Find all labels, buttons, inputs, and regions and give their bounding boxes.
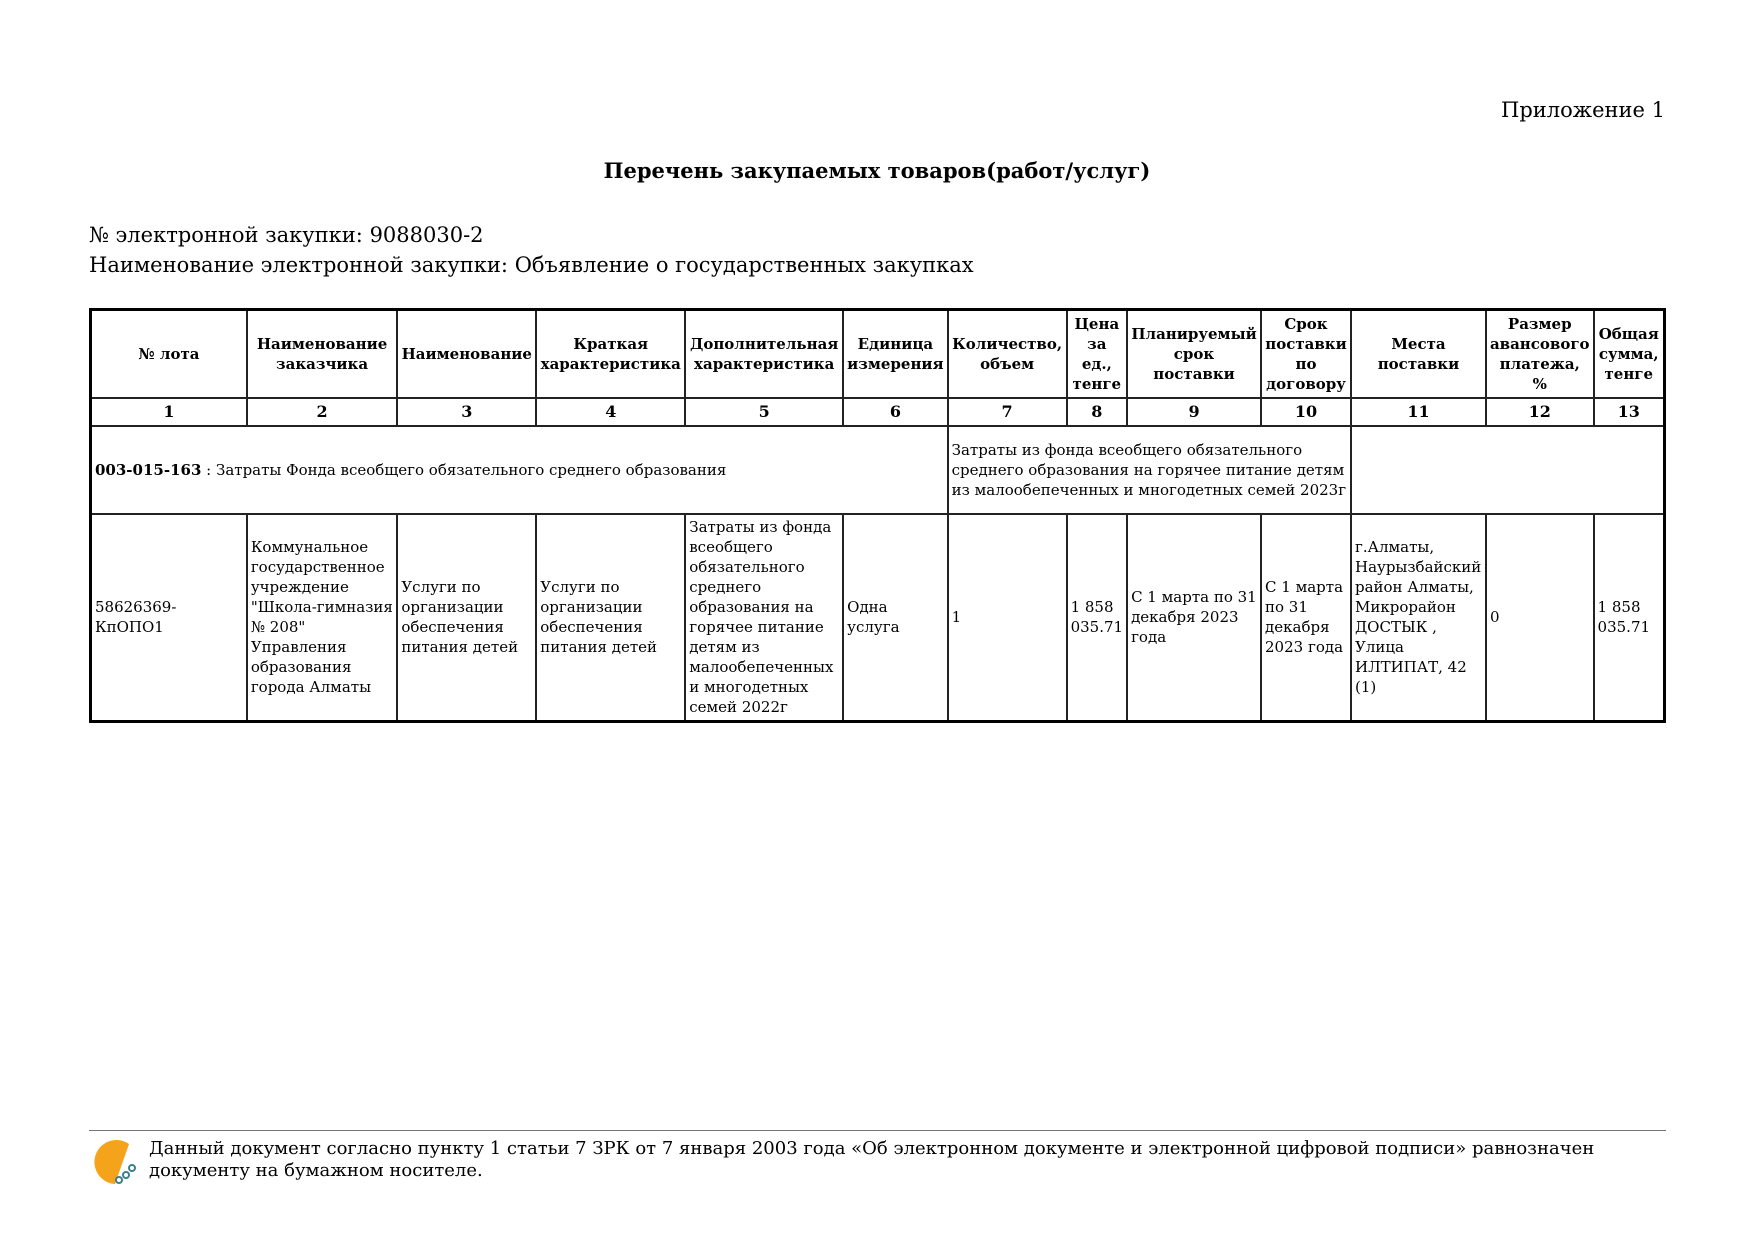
column-header: Количество, объем bbox=[948, 310, 1067, 398]
column-number: 6 bbox=[843, 398, 948, 426]
footer-divider bbox=[89, 1130, 1666, 1131]
unit-price-cell: 1 858 035.71 bbox=[1067, 514, 1127, 722]
quantity-cell: 1 bbox=[948, 514, 1067, 722]
column-number: 11 bbox=[1351, 398, 1486, 426]
legal-notice: Данный документ согласно пункту 1 статьи… bbox=[149, 1136, 1666, 1182]
contract-delivery-cell: С 1 марта по 31 декабря 2023 года bbox=[1261, 514, 1351, 722]
procurement-number-label: № электронной закупки: bbox=[89, 223, 363, 247]
column-number: 12 bbox=[1486, 398, 1594, 426]
section-name: Затраты Фонда всеобщего обязательного ср… bbox=[216, 461, 726, 479]
column-header: Срок поставки по договору bbox=[1261, 310, 1351, 398]
lot-number-cell: 58626369-КпОПО1 bbox=[91, 514, 247, 722]
section-separator: : bbox=[201, 461, 216, 479]
column-number-row: 1 2 3 4 5 6 7 8 9 10 11 12 13 bbox=[91, 398, 1665, 426]
advance-payment-cell: 0 bbox=[1486, 514, 1594, 722]
column-number: 13 bbox=[1594, 398, 1665, 426]
column-number: 8 bbox=[1067, 398, 1127, 426]
egov-sun-logo-icon bbox=[89, 1136, 141, 1188]
column-header: Размер авансового платежа, % bbox=[1486, 310, 1594, 398]
procurement-name-label: Наименование электронной закупки: bbox=[89, 253, 508, 277]
unit-cell: Одна услуга bbox=[843, 514, 948, 722]
column-header: Краткая характеристика bbox=[536, 310, 685, 398]
column-header: Наименование заказчика bbox=[247, 310, 398, 398]
page-title: Перечень закупаемых товаров(работ/услуг) bbox=[0, 158, 1754, 183]
column-header: Дополнительная характеристика bbox=[685, 310, 843, 398]
customer-cell: Коммунальное государственное учреждение … bbox=[247, 514, 398, 722]
name-cell: Услуги по организации обеспечения питани… bbox=[397, 514, 536, 722]
column-header: Общая сумма, тенге bbox=[1594, 310, 1665, 398]
additional-spec-cell: Затраты из фонда всеобщего обязательного… bbox=[685, 514, 843, 722]
column-header: Цена за ед., тенге bbox=[1067, 310, 1127, 398]
column-number: 4 bbox=[536, 398, 685, 426]
section-title: 003-015-163 : Затраты Фонда всеобщего об… bbox=[91, 426, 948, 514]
column-header: Наименование bbox=[397, 310, 536, 398]
section-code: 003-015-163 bbox=[95, 461, 201, 479]
column-number: 1 bbox=[91, 398, 247, 426]
column-header: Места поставки bbox=[1351, 310, 1486, 398]
column-number: 2 bbox=[247, 398, 398, 426]
appendix-label: Приложение 1 bbox=[1501, 98, 1665, 122]
column-header: Единица измерения bbox=[843, 310, 948, 398]
procurement-number-line: № электронной закупки: 9088030-2 bbox=[89, 220, 974, 250]
short-spec-cell: Услуги по организации обеспечения питани… bbox=[536, 514, 685, 722]
section-description: Затраты из фонда всеобщего обязательного… bbox=[948, 426, 1351, 514]
table-row: 58626369-КпОПО1 Коммунальное государстве… bbox=[91, 514, 1665, 722]
section-row: 003-015-163 : Затраты Фонда всеобщего об… bbox=[91, 426, 1665, 514]
procurement-name: Объявление о государственных закупках bbox=[515, 253, 974, 277]
column-number: 9 bbox=[1127, 398, 1261, 426]
footer: Данный документ согласно пункту 1 статьи… bbox=[89, 1136, 1666, 1188]
section-empty-cell bbox=[1351, 426, 1665, 514]
column-header: № лота bbox=[91, 310, 247, 398]
planned-delivery-cell: С 1 марта по 31 декабря 2023 года bbox=[1127, 514, 1261, 722]
total-amount-cell: 1 858 035.71 bbox=[1594, 514, 1665, 722]
column-number: 3 bbox=[397, 398, 536, 426]
procurement-meta: № электронной закупки: 9088030-2 Наимено… bbox=[89, 220, 974, 280]
procurement-number: 9088030-2 bbox=[370, 223, 484, 247]
column-header: Планируемый срок поставки bbox=[1127, 310, 1261, 398]
delivery-place-cell: г.Алматы, Наурызбайский район Алматы, Ми… bbox=[1351, 514, 1486, 722]
procurement-table: № лота Наименование заказчика Наименован… bbox=[89, 308, 1666, 723]
column-number: 7 bbox=[948, 398, 1067, 426]
procurement-name-line: Наименование электронной закупки: Объявл… bbox=[89, 250, 974, 280]
column-number: 5 bbox=[685, 398, 843, 426]
column-number: 10 bbox=[1261, 398, 1351, 426]
header-row: № лота Наименование заказчика Наименован… bbox=[91, 310, 1665, 398]
